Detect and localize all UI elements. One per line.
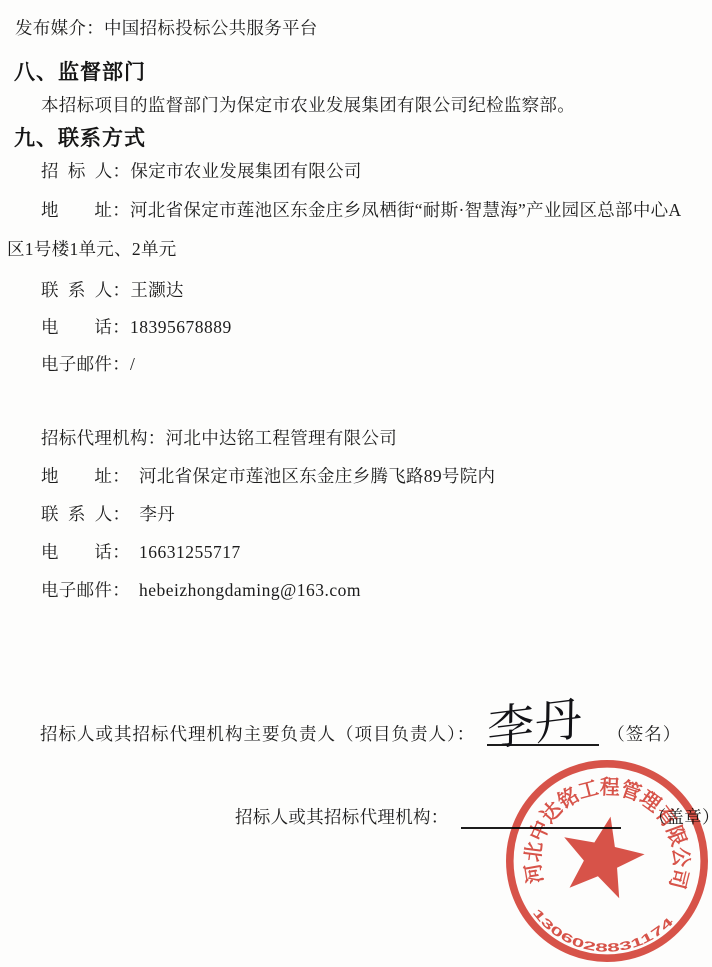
agency-address-row: 地 址：河北省保定市莲池区东金庄乡腾飞路89号院内 xyxy=(41,464,495,488)
agency-name-row: 招标代理机构：河北中达铭工程管理有限公司 xyxy=(41,426,397,450)
agency-person-label: 联 系 人： xyxy=(41,504,130,524)
section-8-heading: 八、监督部门 xyxy=(14,56,146,86)
document-page: 发布媒介：中国招标投标公共服务平台 八、监督部门 本招标项目的监督部门为保定市农… xyxy=(0,0,712,967)
seal-line xyxy=(461,805,621,829)
handwritten-signature: 李丹 xyxy=(487,695,583,754)
company-seal-stamp: 河北中达铭工程管理有限公司 1306028831174 xyxy=(499,753,712,967)
tenderer-phone-row: 电 话：18395678889 xyxy=(41,315,232,339)
tenderer-name-label: 招 标 人： xyxy=(41,161,130,181)
agency-phone-row: 电 话：16631255717 xyxy=(41,540,241,564)
signature-row-prefix: 招标人或其招标代理机构主要负责人（项目负责人）： xyxy=(40,722,475,746)
section-9-heading: 九、联系方式 xyxy=(14,122,146,152)
stamp-registration-number: 1306028831174 xyxy=(530,906,677,955)
tenderer-address-row-continuation: 区1号楼1单元、2单元 xyxy=(7,237,177,261)
seal-row-suffix: （盖章） xyxy=(649,807,712,827)
agency-person-value: 李丹 xyxy=(130,504,175,524)
publish-media-value: 中国招标投标公共服务平台 xyxy=(104,18,318,38)
tenderer-contact-person-row: 联 系 人：王灏达 xyxy=(41,278,184,302)
agency-name-value: 河北中达铭工程管理有限公司 xyxy=(166,428,397,448)
section-8-body: 本招标项目的监督部门为保定市农业发展集团有限公司纪检监察部。 xyxy=(41,93,575,117)
tenderer-phone-value: 18395678889 xyxy=(130,317,232,337)
agency-email-label: 电子邮件： xyxy=(41,580,130,600)
signature-row-suffix: （签名） xyxy=(607,722,681,746)
tenderer-name-row: 招 标 人：保定市农业发展集团有限公司 xyxy=(41,159,362,183)
agency-address-label: 地 址： xyxy=(41,466,130,486)
agency-address-value: 河北省保定市莲池区东金庄乡腾飞路89号院内 xyxy=(130,466,495,486)
svg-text:1306028831174: 1306028831174 xyxy=(530,906,677,955)
agency-email-row: 电子邮件：hebeizhongdaming@163.com xyxy=(41,578,361,602)
tenderer-phone-label: 电 话： xyxy=(41,317,130,337)
tenderer-address-value-line2: 区1号楼1单元、2单元 xyxy=(7,239,177,259)
tenderer-person-label: 联 系 人： xyxy=(41,280,130,300)
agency-phone-value: 16631255717 xyxy=(130,542,241,562)
tenderer-name-value: 保定市农业发展集团有限公司 xyxy=(130,161,361,181)
tenderer-person-value: 王灏达 xyxy=(130,280,183,300)
signature-line: 李丹 xyxy=(487,722,599,746)
svg-text:河北中达铭工程管理有限公司: 河北中达铭工程管理有限公司 xyxy=(521,776,692,891)
stamp-company-text: 河北中达铭工程管理有限公司 xyxy=(521,776,692,891)
signature-row: 招标人或其招标代理机构主要负责人（项目负责人）：李丹（签名） xyxy=(40,722,681,746)
seal-row-prefix: 招标人或其招标代理机构： xyxy=(235,807,449,827)
agency-contact-person-row: 联 系 人：李丹 xyxy=(41,502,175,526)
tenderer-address-label: 地 址： xyxy=(41,200,130,220)
agency-name-label: 招标代理机构： xyxy=(41,428,166,448)
tenderer-address-value-line1: 河北省保定市莲池区东金庄乡凤栖街“耐斯·智慧海”产业园区总部中心A xyxy=(130,200,681,220)
publish-media-line: 发布媒介：中国招标投标公共服务平台 xyxy=(15,16,318,40)
tenderer-email-label: 电子邮件： xyxy=(41,354,130,374)
stamp-ring xyxy=(510,764,704,958)
tenderer-address-row: 地 址：河北省保定市莲池区东金庄乡凤栖街“耐斯·智慧海”产业园区总部中心A xyxy=(41,198,681,222)
agency-phone-label: 电 话： xyxy=(41,542,130,562)
publish-media-label: 发布媒介： xyxy=(15,18,104,38)
tenderer-email-value: / xyxy=(130,354,135,374)
agency-email-value: hebeizhongdaming@163.com xyxy=(130,580,361,600)
tenderer-email-row: 电子邮件：/ xyxy=(41,352,135,376)
seal-row: 招标人或其招标代理机构：（盖章） xyxy=(235,805,712,829)
